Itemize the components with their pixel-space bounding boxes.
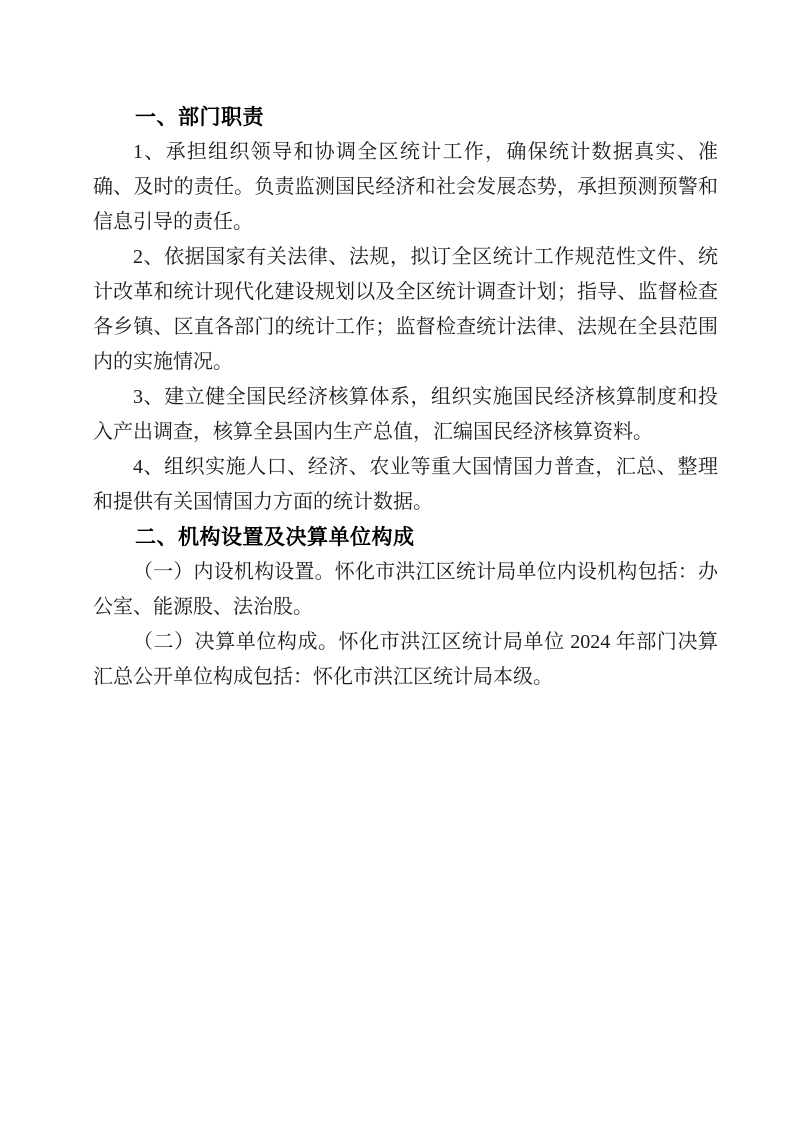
section-heading-org-structure: 二、机构设置及决算单位构成: [93, 520, 718, 555]
section-heading-department-duties: 一、部门职责: [93, 100, 718, 135]
duty-paragraph-1: 1、承担组织领导和协调全区统计工作，确保统计数据真实、准确、及时的责任。负责监测…: [93, 135, 718, 240]
document-page: 一、部门职责 1、承担组织领导和协调全区统计工作，确保统计数据真实、准确、及时的…: [0, 0, 793, 1122]
duty-paragraph-3: 3、建立健全国民经济核算体系，组织实施国民经济核算制度和投入产出调查，核算全县国…: [93, 380, 718, 450]
duty-paragraph-2: 2、依据国家有关法律、法规，拟订全区统计工作规范性文件、统计改革和统计现代化建设…: [93, 240, 718, 380]
duty-paragraph-4: 4、组织实施人口、经济、农业等重大国情国力普查，汇总、整理和提供有关国情国力方面…: [93, 450, 718, 520]
org-paragraph-internal-structure: （一）内设机构设置。怀化市洪江区统计局单位内设机构包括：办公室、能源股、法治股。: [93, 555, 718, 625]
org-paragraph-budget-units: （二）决算单位构成。怀化市洪江区统计局单位 2024 年部门决算汇总公开单位构成…: [93, 625, 718, 695]
